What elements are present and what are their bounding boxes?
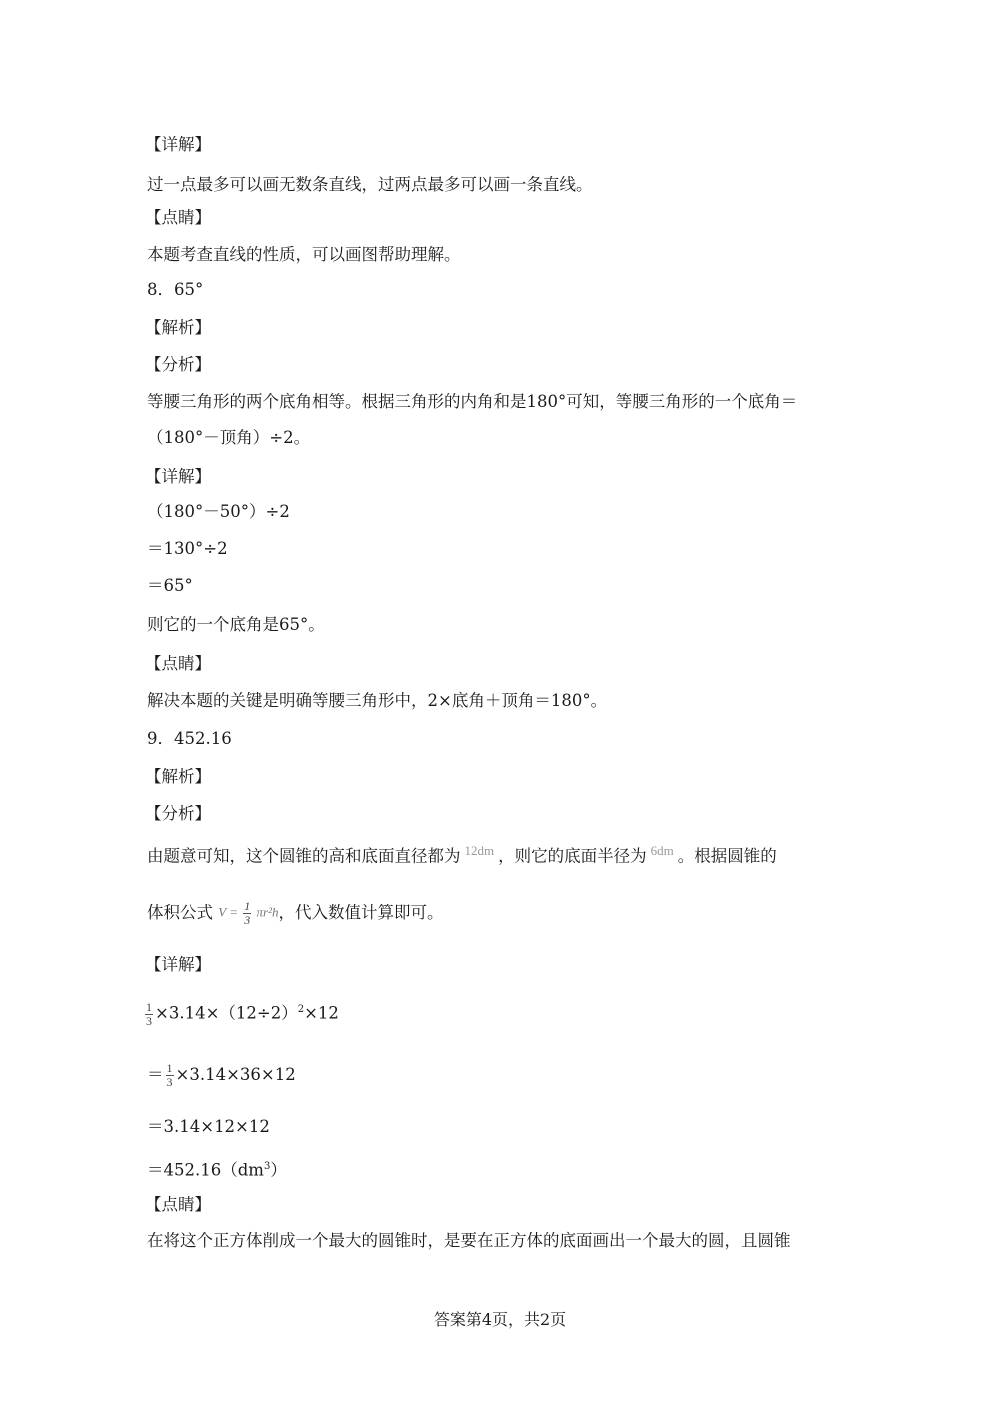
- q9-analysis-text-b: ，则它的底面半径为: [498, 847, 647, 866]
- q9-unit-12dm: 12dm: [465, 843, 495, 858]
- q9-analysis-heading: 【分析】: [145, 804, 211, 824]
- q7-tip-heading: 【点睛】: [145, 208, 211, 228]
- q9-step-2: ＝ 1 3 ×3.14×36×12: [147, 1062, 296, 1089]
- q9-analysis-text-d: 体积公式: [147, 903, 213, 922]
- q8-tip-heading: 【点睛】: [145, 654, 211, 674]
- q8-conclusion: 则它的一个底角是65°。: [147, 615, 325, 635]
- step1-text: ×3.14×（12÷2）: [155, 1004, 298, 1023]
- step2-fraction: 1 3: [166, 1062, 174, 1089]
- q8-answer: 8．65°: [147, 280, 203, 300]
- q8-tip-text: 解决本题的关键是明确等腰三角形中，2×底角＋顶角＝180°。: [147, 691, 607, 711]
- step1-fraction-num: 1: [145, 1001, 153, 1015]
- step2-fraction-den: 3: [166, 1076, 174, 1089]
- q9-jiexi-heading: 【解析】: [145, 767, 211, 787]
- step2-prefix: ＝: [147, 1065, 164, 1084]
- step1-fraction: 1 3: [145, 1001, 153, 1028]
- q9-detail-heading: 【详解】: [145, 955, 211, 975]
- q7-tip-text: 本题考查直线的性质，可以画图帮助理解。: [147, 245, 461, 265]
- document-page: 【详解】 过一点最多可以画无数条直线，过两点最多可以画一条直线。 【点睛】 本题…: [0, 0, 1000, 1415]
- q8-step-3: ＝65°: [147, 576, 193, 596]
- q7-detail-heading: 【详解】: [145, 135, 211, 155]
- q8-analysis-line2: （180°－顶角）÷2。: [147, 428, 310, 448]
- step1-fraction-den: 3: [145, 1015, 153, 1028]
- q9-analysis-text-e: ，代入数值计算即可。: [278, 903, 443, 922]
- q8-analysis-heading: 【分析】: [145, 355, 211, 375]
- page-footer: 答案第4页，共2页: [0, 1310, 1000, 1330]
- q8-step-2: ＝130°÷2: [147, 539, 228, 559]
- q9-answer: 9．452.16: [147, 729, 232, 749]
- q9-tip-heading: 【点睛】: [145, 1195, 211, 1215]
- formula-rhs: πr²h: [256, 904, 278, 919]
- q9-step-1: 1 3 ×3.14×（12÷2）2×12: [145, 1000, 339, 1028]
- step4-close: ）: [270, 1161, 287, 1180]
- q8-detail-heading: 【详解】: [145, 467, 211, 487]
- formula-fraction-den: 3: [243, 914, 251, 927]
- q9-step-4: ＝452.16（dm3）: [147, 1157, 287, 1181]
- formula-fraction: 1 3: [243, 900, 251, 927]
- cone-volume-formula: V = 1 3 πr²h: [218, 900, 278, 927]
- q9-analysis-text-c: 。根据圆锥的: [678, 847, 777, 866]
- q9-analysis-text-a: 由题意可知，这个圆锥的高和底面直径都为: [147, 847, 461, 866]
- q7-detail-text: 过一点最多可以画无数条直线，过两点最多可以画一条直线。: [147, 175, 593, 195]
- q9-step-3: ＝3.14×12×12: [147, 1117, 270, 1137]
- q8-analysis-line1: 等腰三角形的两个底角相等。根据三角形的内角和是180°可知，等腰三角形的一个底角…: [147, 392, 797, 412]
- q9-unit-6dm: 6dm: [651, 843, 674, 858]
- step2-fraction-num: 1: [166, 1062, 174, 1076]
- q9-analysis-line1: 由题意可知，这个圆锥的高和底面直径都为12dm，则它的底面半径为6dm。根据圆锥…: [147, 841, 777, 867]
- step2-text: ×3.14×36×12: [176, 1065, 296, 1084]
- formula-fraction-num: 1: [243, 900, 251, 914]
- step1-tail: ×12: [304, 1004, 339, 1023]
- q9-tip-text: 在将这个正方体削成一个最大的圆锥时，是要在正方体的底面画出一个最大的圆，且圆锥: [147, 1231, 791, 1251]
- q8-jiexi-heading: 【解析】: [145, 318, 211, 338]
- formula-lhs: V =: [218, 904, 238, 919]
- q8-step-1: （180°－50°）÷2: [147, 502, 290, 522]
- q9-analysis-line2: 体积公式 V = 1 3 πr²h ，代入数值计算即可。: [147, 900, 443, 927]
- step4-text: ＝452.16（dm: [147, 1161, 264, 1180]
